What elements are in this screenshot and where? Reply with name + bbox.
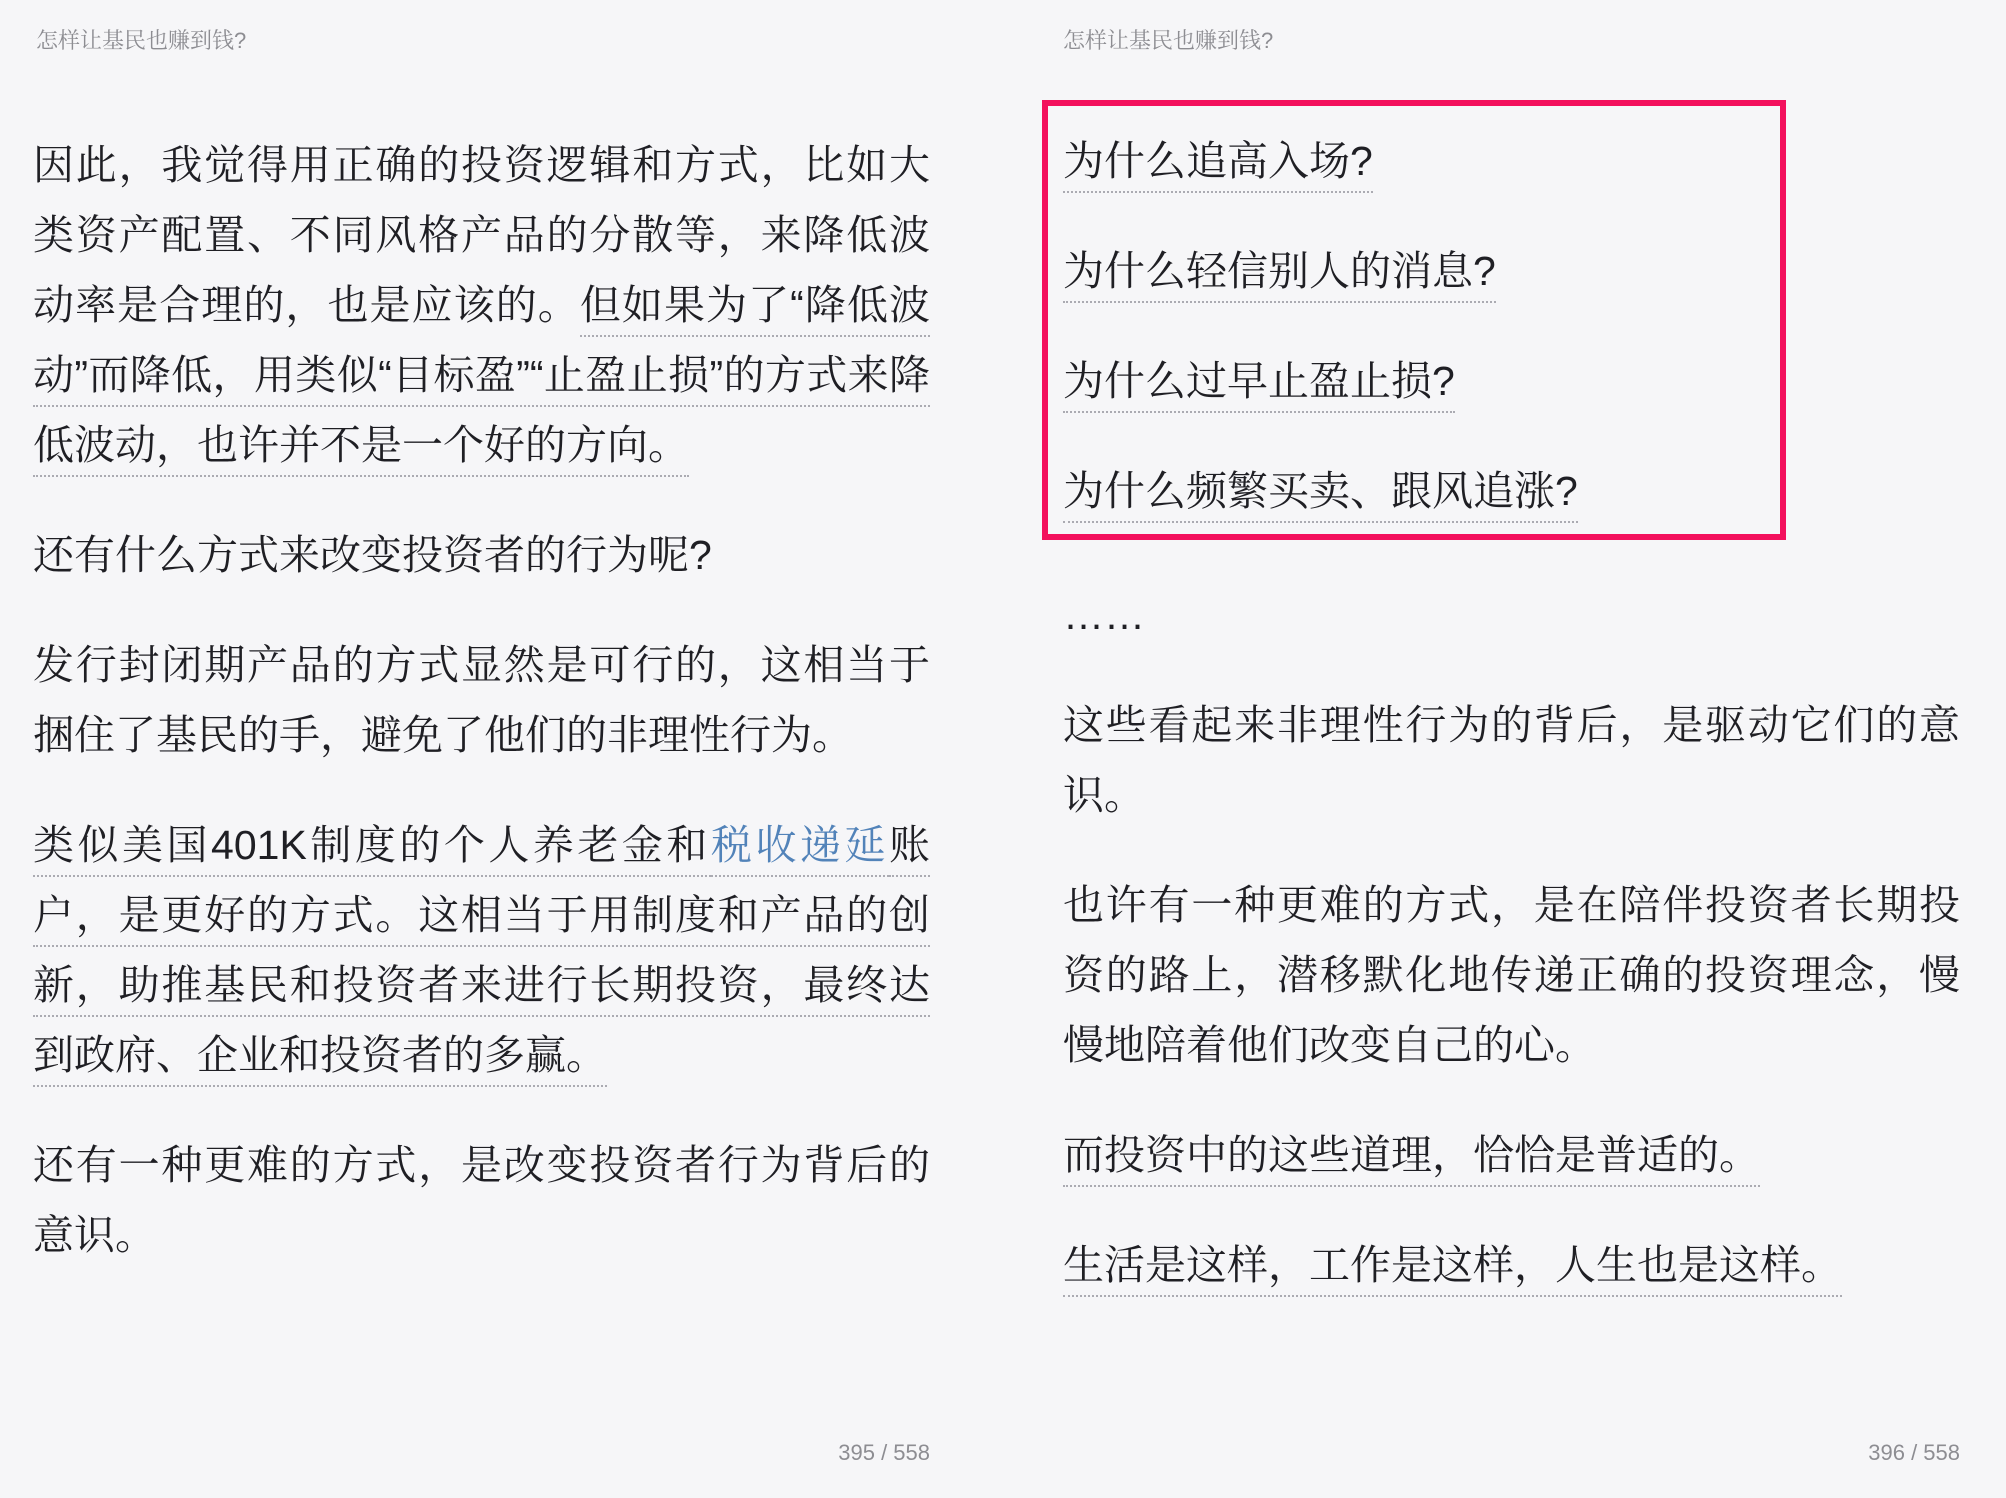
page-left: 怎样让基民也赚到钱? 因此，我觉得用正确的投资逻辑和方式，比如大类资产配置、不同… bbox=[0, 0, 1003, 1498]
paragraph: 而投资中的这些道理，恰恰是普适的。 bbox=[1063, 1120, 1960, 1190]
chapter-title: 怎样让基民也赚到钱? bbox=[1063, 28, 1273, 54]
annotation-box: 为什么追高入场?为什么轻信别人的消息?为什么过早止盈止损?为什么频繁买卖、跟风追… bbox=[1042, 100, 1786, 540]
paragraph: 这些看起来非理性行为的背后，是驱动它们的意识。 bbox=[1063, 690, 1960, 830]
page-right: 怎样让基民也赚到钱? 为什么追高入场?为什么轻信别人的消息?为什么过早止盈止损?… bbox=[1003, 0, 2006, 1498]
reading-area-right: 为什么追高入场?为什么轻信别人的消息?为什么过早止盈止损?为什么频繁买卖、跟风追… bbox=[1063, 100, 1960, 1340]
chapter-title: 怎样让基民也赚到钱? bbox=[36, 28, 246, 54]
paragraph: 类似美国401K制度的个人养老金和税收递延账户，是更好的方式。这相当于用制度和产… bbox=[33, 810, 930, 1090]
paragraph: …… bbox=[1063, 580, 1960, 650]
paragraph: 也许有一种更难的方式，是在陪伴投资者长期投资的路上，潜移默化地传递正确的投资理念… bbox=[1063, 870, 1960, 1080]
paragraph: 为什么过早止盈止损? bbox=[1063, 346, 1765, 416]
text-segment: 也许有一种更难的方式，是在陪伴投资者长期投资的路上，潜移默化地传递正确的投资理念… bbox=[1063, 882, 1960, 1068]
term-link[interactable]: 税收递延 bbox=[711, 822, 889, 877]
page-number-right: 396 / 558 bbox=[1868, 1441, 1960, 1465]
text-segment: 发行封闭期产品的方式显然是可行的，这相当于捆住了基民的手，避免了他们的非理性行为… bbox=[33, 642, 930, 758]
popular-highlight-segment[interactable]: 为什么频繁买卖、跟风追涨? bbox=[1063, 468, 1578, 523]
popular-highlight-segment[interactable]: 为什么轻信别人的消息? bbox=[1063, 248, 1496, 303]
reading-area-left: 因此，我觉得用正确的投资逻辑和方式，比如大类资产配置、不同风格产品的分散等，来降… bbox=[33, 130, 930, 1310]
paragraph: 因此，我觉得用正确的投资逻辑和方式，比如大类资产配置、不同风格产品的分散等，来降… bbox=[33, 130, 930, 480]
popular-highlight-segment[interactable]: 而投资中的这些道理，恰恰是普适的。 bbox=[1063, 1132, 1760, 1187]
popular-highlight-segment[interactable]: 为什么追高入场? bbox=[1063, 138, 1373, 193]
book-spread: 怎样让基民也赚到钱? 因此，我觉得用正确的投资逻辑和方式，比如大类资产配置、不同… bbox=[0, 0, 2006, 1498]
page-number-left: 395 / 558 bbox=[838, 1441, 930, 1465]
popular-highlight-segment[interactable]: 生活是这样，工作是这样，人生也是这样。 bbox=[1063, 1242, 1842, 1297]
text-segment: …… bbox=[1063, 592, 1145, 638]
text-segment: 还有什么方式来改变投资者的行为呢? bbox=[33, 532, 712, 578]
paragraph: 发行封闭期产品的方式显然是可行的，这相当于捆住了基民的手，避免了他们的非理性行为… bbox=[33, 630, 930, 770]
paragraph: 生活是这样，工作是这样，人生也是这样。 bbox=[1063, 1230, 1960, 1300]
popular-highlight-segment[interactable]: 为什么过早止盈止损? bbox=[1063, 358, 1455, 413]
paragraph: 为什么追高入场? bbox=[1063, 126, 1765, 196]
paragraph: 为什么轻信别人的消息? bbox=[1063, 236, 1765, 306]
paragraph: 为什么频繁买卖、跟风追涨? bbox=[1063, 456, 1765, 526]
popular-highlight-segment[interactable]: 类似美国401K制度的个人养老金和 bbox=[33, 822, 711, 877]
text-segment: 还有一种更难的方式，是改变投资者行为背后的意识。 bbox=[33, 1142, 930, 1258]
after-box-text: ……这些看起来非理性行为的背后，是驱动它们的意识。也许有一种更难的方式，是在陪伴… bbox=[1063, 580, 1960, 1300]
text-segment: 这些看起来非理性行为的背后，是驱动它们的意识。 bbox=[1063, 702, 1960, 818]
paragraph: 还有一种更难的方式，是改变投资者行为背后的意识。 bbox=[33, 1130, 930, 1270]
paragraph: 还有什么方式来改变投资者的行为呢? bbox=[33, 520, 930, 590]
